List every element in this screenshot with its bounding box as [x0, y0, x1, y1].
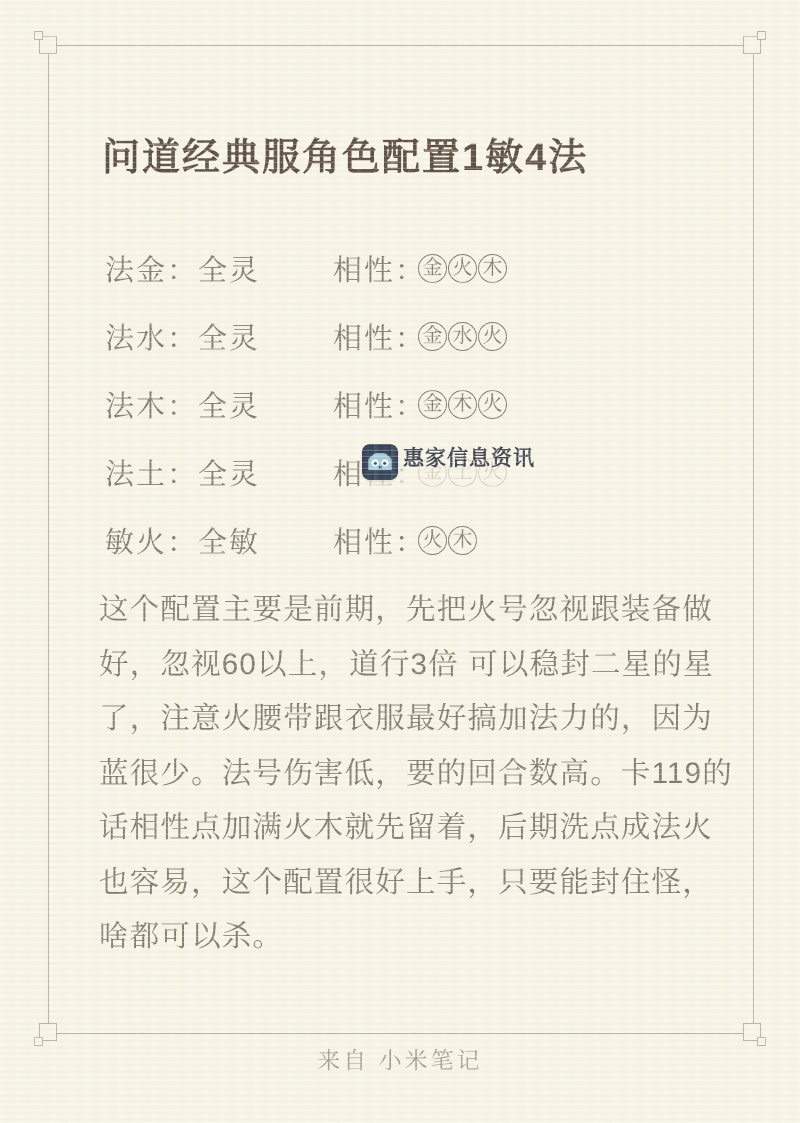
row-value: 全灵: [198, 316, 333, 357]
watermark: 惠家信息资讯: [362, 444, 535, 480]
element-circle-icon: 木: [448, 390, 477, 419]
page-title: 问道经典服角色配置1敏4法: [102, 126, 588, 181]
element-circles: 金水火: [418, 322, 507, 351]
row-label: 法金：: [105, 248, 198, 289]
row-label: 法木：: [105, 384, 198, 425]
element-circle-icon: 火: [418, 526, 447, 555]
footer-attribution: 来自 小米笔记: [0, 1042, 800, 1075]
watermark-text: 惠家信息资讯: [403, 444, 535, 474]
row-label: 敏火：: [105, 520, 198, 561]
element-circles: 金木火: [418, 390, 507, 419]
paragraph-line: 也容易，这个配置很好上手，只要能封住怪，: [99, 856, 715, 911]
affinity-label: 相性：: [333, 316, 418, 357]
body-paragraph: 这个配置主要是前期，先把火号忽视跟装备做 好，忽视60以上，道行3倍 可以稳封二…: [99, 583, 715, 965]
element-circle-icon: 水: [448, 322, 477, 351]
watermark-robot-icon: [362, 444, 398, 480]
element-circle-icon: 火: [478, 322, 507, 351]
row-value: 全灵: [198, 452, 333, 493]
row-value: 全灵: [198, 248, 333, 289]
affinity-label: 相性：: [333, 384, 418, 425]
element-circles: 金火木: [418, 254, 507, 283]
element-circle-icon: 金: [418, 390, 447, 419]
paragraph-line: 蓝很少。法号伤害低，要的回合数高。卡119的: [99, 747, 715, 802]
element-circle-icon: 金: [418, 322, 447, 351]
paragraph-line: 这个配置主要是前期，先把火号忽视跟装备做: [99, 583, 715, 638]
config-row-min-huo: 敏火： 全敏 相性： 火木: [105, 506, 507, 574]
row-label: 法水：: [105, 316, 198, 357]
paragraph-line: 好，忽视60以上，道行3倍 可以稳封二星的星: [99, 638, 715, 693]
element-circles: 火木: [418, 526, 507, 555]
element-circle-icon: 木: [448, 526, 477, 555]
frame-corner-ornament-bottom-right: [743, 1023, 761, 1041]
paragraph-line: 啥都可以杀。: [99, 910, 715, 965]
frame-corner-ornament-top-left: [39, 36, 57, 54]
paragraph-line: 了，注意火腰带跟衣服最好搞加法力的，因为: [99, 692, 715, 747]
element-circle-icon: 火: [478, 390, 507, 419]
row-label: 法土：: [105, 452, 198, 493]
paragraph-line: 话相性点加满火木就先留着，后期洗点成法火: [99, 801, 715, 856]
config-row-fa-shui: 法水： 全灵 相性： 金水火: [105, 302, 507, 370]
frame-corner-ornament-bottom-left: [39, 1023, 57, 1041]
config-table: 法金： 全灵 相性： 金火木 法水： 全灵 相性： 金水火 法木： 全灵 相性：…: [105, 234, 507, 574]
frame-corner-ornament-top-right: [743, 36, 761, 54]
element-circle-icon: 木: [478, 254, 507, 283]
affinity-label: 相性：: [333, 520, 418, 561]
element-circle-icon: 火: [448, 254, 477, 283]
row-value: 全灵: [198, 384, 333, 425]
config-row-fa-mu: 法木： 全灵 相性： 金木火: [105, 370, 507, 438]
affinity-label: 相性：: [333, 248, 418, 289]
config-row-fa-jin: 法金： 全灵 相性： 金火木: [105, 234, 507, 302]
row-value: 全敏: [198, 520, 333, 561]
element-circle-icon: 金: [418, 254, 447, 283]
